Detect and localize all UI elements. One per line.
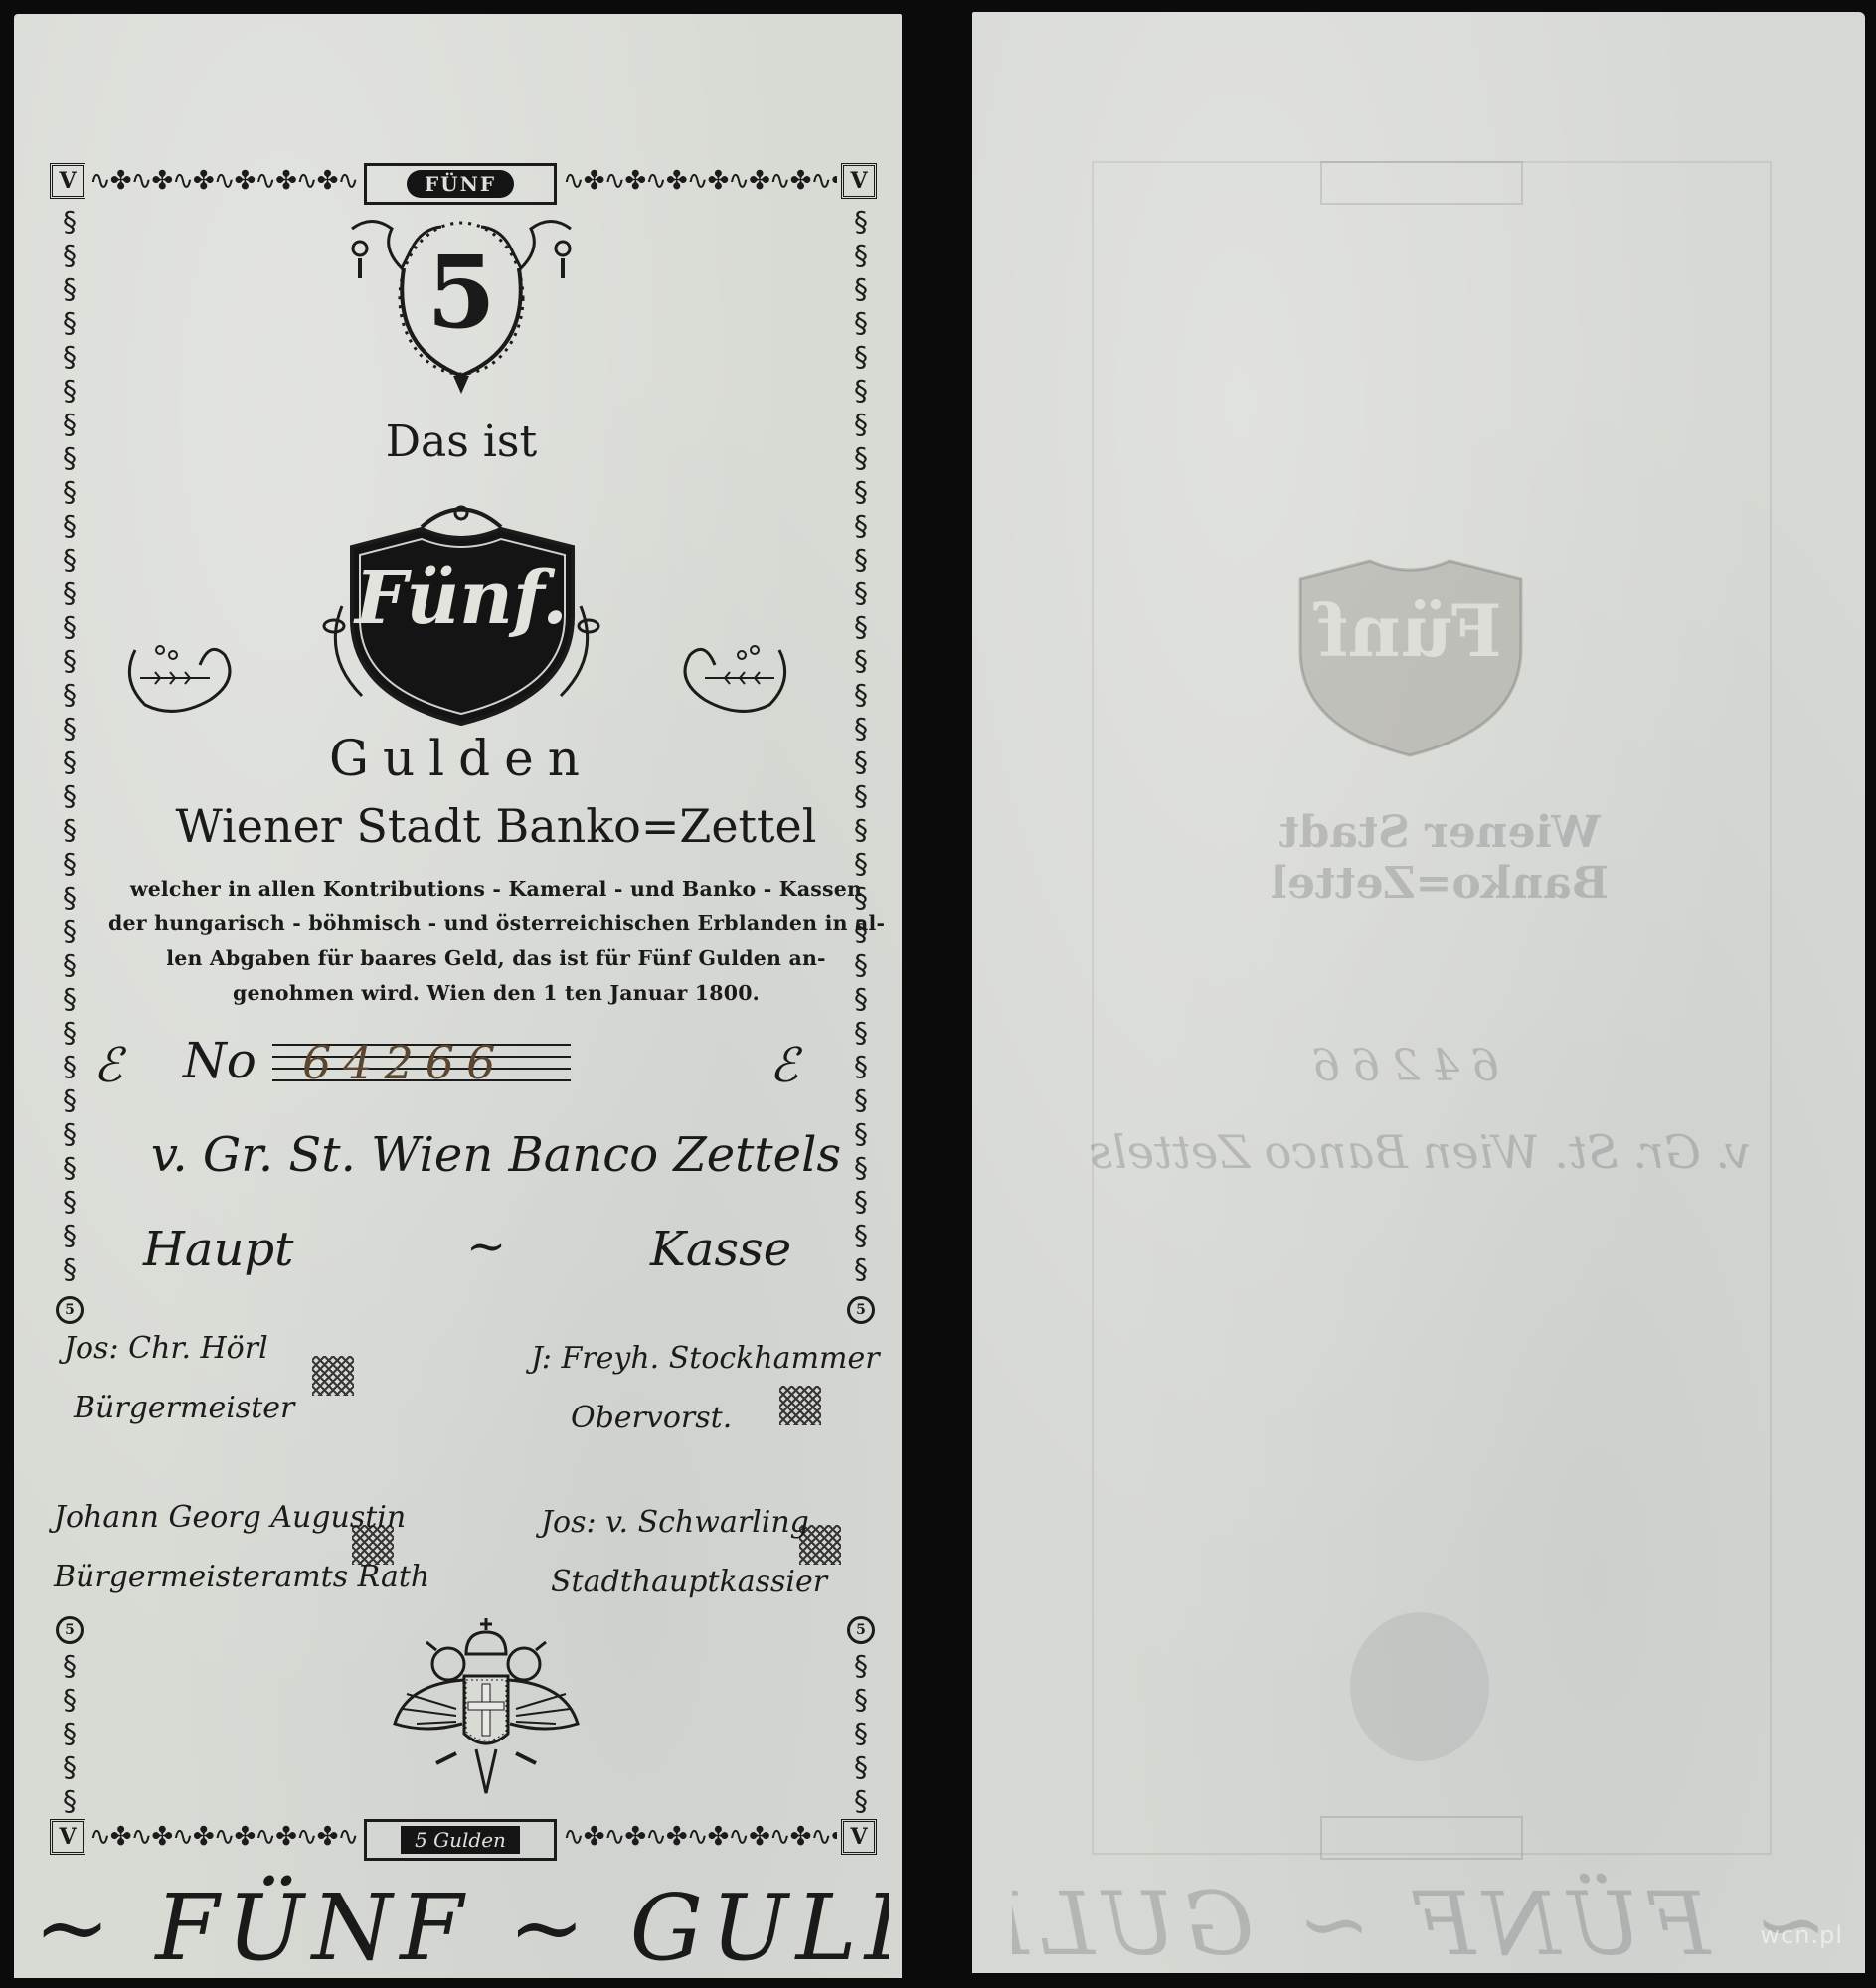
shield-word: Fünf.: [332, 556, 591, 641]
body-text-line: len Abgaben für baares Geld, das ist für…: [108, 946, 884, 970]
corner-mark-text: V: [59, 1824, 76, 1850]
bottom-border-ornament-right: ∿✤∿✤∿✤∿✤∿✤∿✤∿✤∿✤: [563, 1817, 837, 1857]
corner-mark-text: V: [59, 168, 76, 194]
signature-2-title: Obervorst.: [571, 1401, 732, 1435]
show-through-office-line: v. Gr. St. Wien Banco Zettels: [1072, 1125, 1768, 1179]
medallion-text: 5: [856, 1302, 866, 1318]
corner-mark-bottom-right: V: [841, 1819, 877, 1855]
show-through-frame: [1092, 161, 1772, 1855]
show-through-word: Fünf: [1271, 588, 1549, 673]
office-separator: ~: [466, 1219, 506, 1274]
corner-mark-text: V: [850, 1824, 867, 1850]
note-title: Wiener Stadt Banko=Zettel: [108, 799, 884, 853]
top-border-ornament-left: ∿✤∿✤∿✤∿✤∿✤∿✤∿✤∿✤: [89, 161, 358, 201]
flourish-right-icon: ℰ: [769, 1038, 798, 1093]
top-denomination-text: FÜNF: [407, 170, 514, 198]
bottom-denomination-text: 5 Gulden: [401, 1826, 520, 1854]
double-headed-eagle-icon: [387, 1614, 586, 1803]
body-text-line: genohmen wird. Wien den 1 ten Januar 180…: [108, 981, 884, 1005]
top-border-ornament-right: ∿✤∿✤∿✤∿✤∿✤∿✤∿✤∿✤: [563, 161, 837, 201]
signature-1-name: Jos: Chr. Hörl: [64, 1331, 268, 1366]
show-through-serial: 64266: [1300, 1041, 1499, 1091]
signature-4-name: Jos: v. Schwarling: [541, 1505, 809, 1540]
leaf-ornament-right-icon: [670, 630, 799, 720]
banknote-back: Fünf Wiener Stadt Banko=Zettel 64266 v. …: [972, 12, 1865, 1973]
bottom-border-ornament-left: ∿✤∿✤∿✤∿✤∿✤∿✤∿✤∿✤: [89, 1817, 358, 1857]
serial-prefix: No: [183, 1032, 256, 1089]
watermark-text: wcn.pl: [1760, 1921, 1843, 1949]
signature-3-title: Bürgermeisteramts Rath: [54, 1560, 429, 1594]
signature-2-name: J: Freyh. Stockhammer: [531, 1341, 880, 1376]
das-ist-text: Das ist: [312, 416, 610, 467]
body-text-line: welcher in allen Kontributions - Kameral…: [108, 877, 884, 901]
left-border-ornament: §§§§§§§§§§§§§§§§§§§§§§§§§§§§§§§§: [50, 205, 89, 1298]
show-through-bottom-label: [1320, 1816, 1523, 1860]
currency-word: Gulden: [253, 730, 670, 787]
show-through-bottom-script: ~ FÜNF ~ GULD ~: [1012, 1873, 1827, 1972]
signature-2-stamp: [779, 1386, 821, 1425]
office-left-word: Haupt: [143, 1222, 293, 1277]
corner-mark-text: V: [850, 168, 867, 194]
denomination-numeral: 5: [392, 233, 531, 352]
corner-mark-bottom-left: V: [50, 1819, 85, 1855]
signature-1-title: Bürgermeister: [74, 1391, 294, 1425]
corner-mark-top-left: V: [50, 163, 85, 199]
body-text-line: der hungarisch - böhmisch - und österrei…: [108, 911, 884, 935]
medallion-text: 5: [65, 1302, 75, 1318]
flourish-left-icon: ℰ: [93, 1038, 122, 1093]
signature-1-stamp: [312, 1356, 354, 1396]
office-line: v. Gr. St. Wien Banco Zettels: [108, 1127, 884, 1183]
signature-4-title: Stadthauptkassier: [551, 1565, 827, 1599]
medallion-left-lower: 5: [56, 1616, 84, 1644]
medallion-text: 5: [65, 1622, 75, 1638]
banknote-front: V ∿✤∿✤∿✤∿✤∿✤∿✤∿✤∿✤ FÜNF ∿✤∿✤∿✤∿✤∿✤∿✤∿✤∿✤…: [14, 14, 902, 1978]
medallion-right-upper: 5: [847, 1296, 875, 1324]
office-right-word: Kasse: [650, 1222, 791, 1277]
left-border-ornament-lower: §§§§§: [50, 1649, 89, 1818]
corner-mark-top-right: V: [841, 163, 877, 199]
signature-3-stamp: [352, 1525, 394, 1565]
show-through-top-label: [1320, 161, 1523, 205]
bottom-denomination-label: 5 Gulden: [364, 1819, 557, 1861]
top-denomination-label: FÜNF: [364, 163, 557, 205]
medallion-text: 5: [856, 1622, 866, 1638]
right-border-ornament-lower: §§§§§: [841, 1649, 881, 1818]
medallion-right-lower: 5: [847, 1616, 875, 1644]
show-through-title: Wiener Stadt Banko=Zettel: [1121, 807, 1758, 909]
serial-number: 64266: [302, 1036, 507, 1089]
show-through-eagle: [1350, 1612, 1489, 1761]
medallion-left-upper: 5: [56, 1296, 84, 1324]
leaf-ornament-left-icon: [115, 630, 245, 720]
bottom-script-text: ~ FÜNF ~ GULD ~: [34, 1875, 889, 1978]
signature-4-stamp: [799, 1525, 841, 1565]
